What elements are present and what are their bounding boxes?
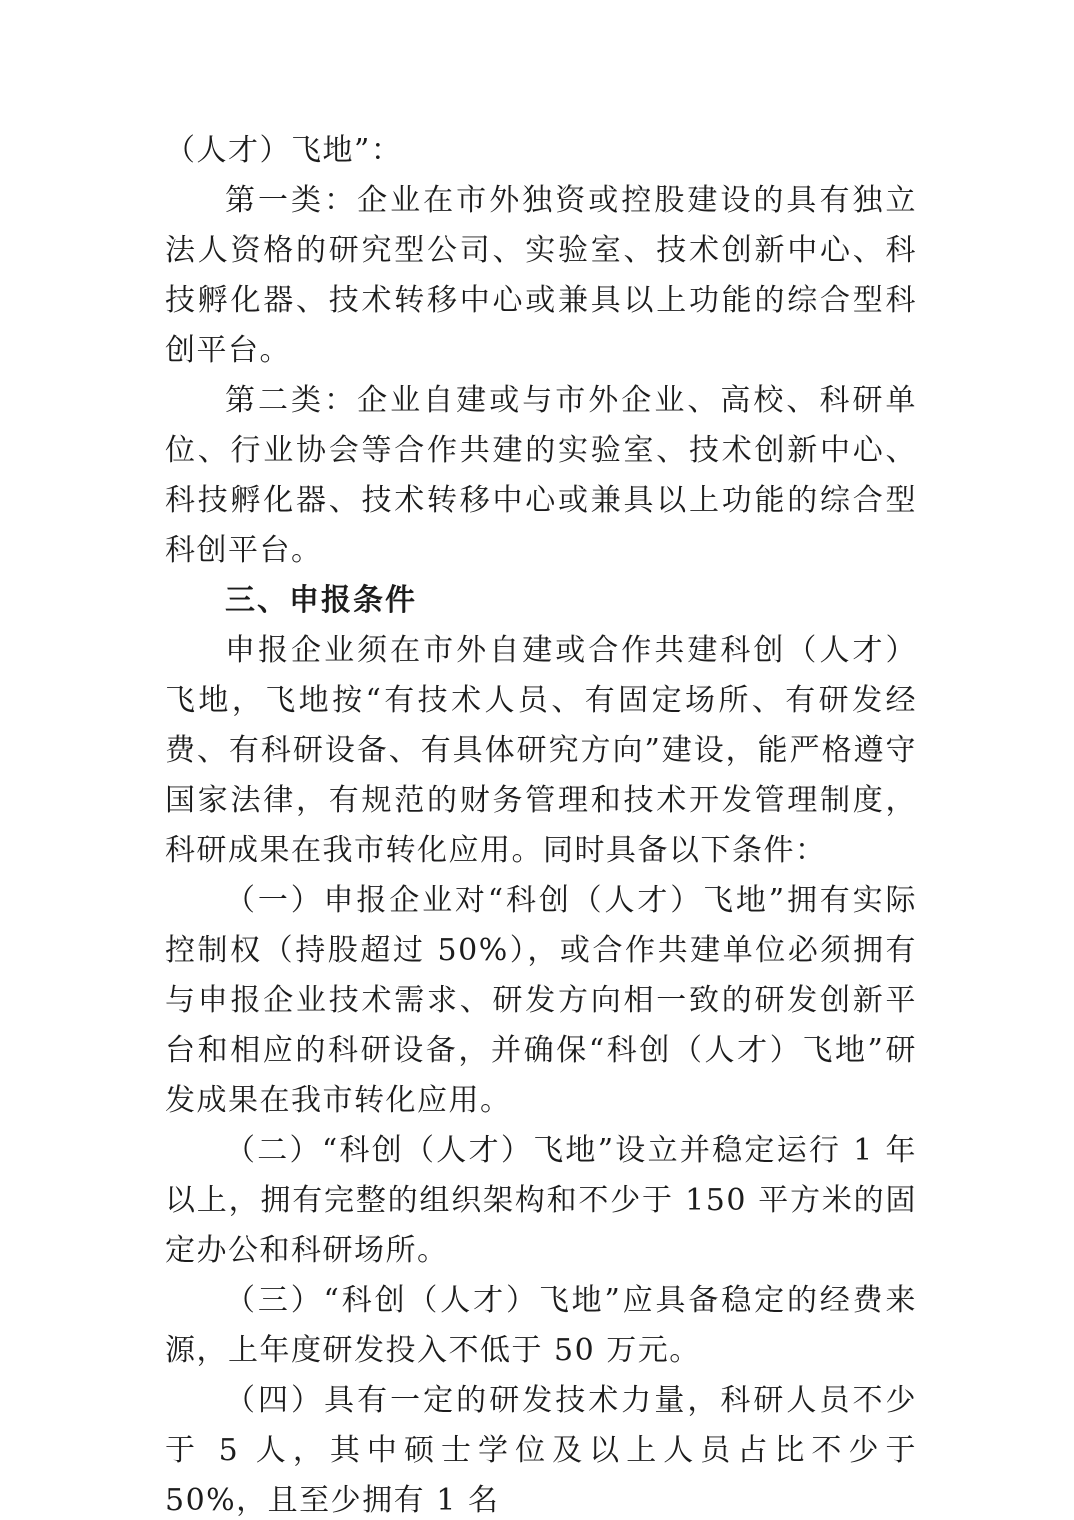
paragraph-continuation: （人才）飞地”： xyxy=(165,126,917,176)
document-page: （人才）飞地”： 第一类：企业在市外独资或控股建设的具有独立法人资格的研究型公司… xyxy=(0,0,1074,1520)
paragraph-category-2: 第二类：企业自建或与市外企业、高校、科研单位、行业协会等合作共建的实验室、技术创… xyxy=(165,376,917,576)
document-body: （人才）飞地”： 第一类：企业在市外独资或控股建设的具有独立法人资格的研究型公司… xyxy=(165,126,917,1520)
section-heading-application-conditions: 三、申报条件 xyxy=(165,576,917,626)
paragraph-conditions-intro: 申报企业须在市外自建或合作共建科创（人才）飞地，飞地按“有技术人员、有固定场所、… xyxy=(165,626,917,876)
paragraph-condition-4: （四）具有一定的研发技术力量，科研人员不少于 5 人，其中硕士学位及以上人员占比… xyxy=(165,1376,917,1520)
paragraph-condition-2: （二）“科创（人才）飞地”设立并稳定运行 1 年以上，拥有完整的组织架构和不少于… xyxy=(165,1126,917,1276)
paragraph-condition-3: （三）“科创（人才）飞地”应具备稳定的经费来源，上年度研发投入不低于 50 万元… xyxy=(165,1276,917,1376)
paragraph-condition-1: （一）申报企业对“科创（人才）飞地”拥有实际控制权（持股超过 50%），或合作共… xyxy=(165,876,917,1126)
paragraph-category-1: 第一类：企业在市外独资或控股建设的具有独立法人资格的研究型公司、实验室、技术创新… xyxy=(165,176,917,376)
